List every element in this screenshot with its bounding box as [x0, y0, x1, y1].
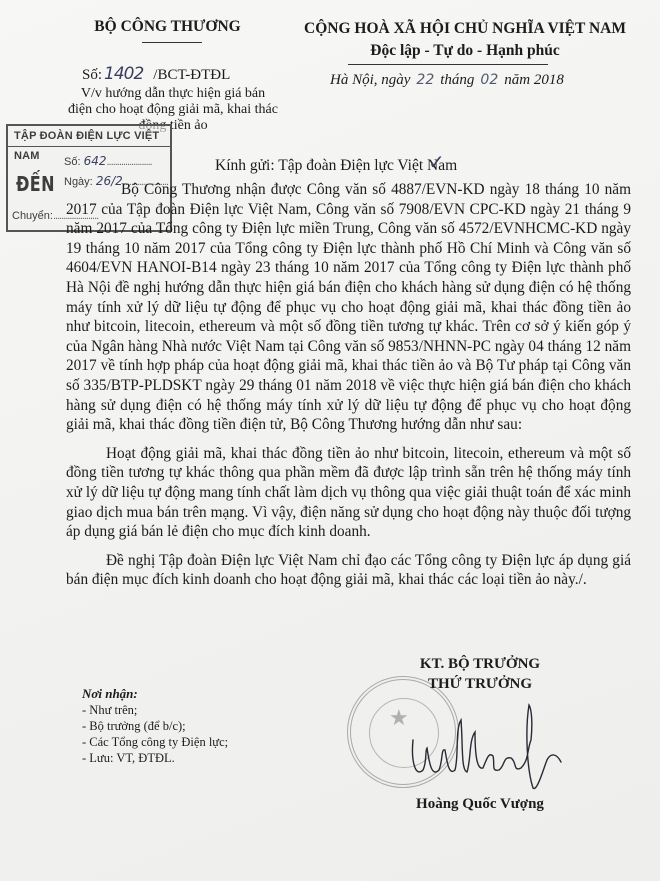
doc-number-handwritten: 1402: [104, 64, 143, 84]
distribution-item: - Các Tổng công ty Điện lực;: [82, 734, 228, 750]
doc-number-label: Số:: [82, 67, 102, 83]
document-date: Hà Nội, ngày22tháng02năm 2018: [330, 72, 564, 89]
distribution-item: - Như trên;: [82, 702, 228, 718]
body-paragraph: Hoạt động giải mã, khai thác đồng tiền ả…: [66, 444, 631, 542]
date-month: 02: [480, 72, 498, 88]
distribution-item: - Lưu: VT, ĐTĐL.: [82, 750, 228, 766]
distribution-list: Nơi nhận: - Như trên; - Bộ trưởng (để b/…: [82, 686, 228, 766]
national-motto: Độc lập - Tự do - Hạnh phúc: [290, 40, 640, 62]
stamp-number-dots: ......................: [106, 156, 151, 168]
document-page: BỘ CÔNG THƯƠNG Số:1402/BCT-ĐTĐL V/v hướn…: [0, 0, 660, 881]
doc-number-suffix: /BCT-ĐTĐL: [153, 67, 230, 83]
nation-name: CỘNG HOÀ XÃ HỘI CHỦ NGHĨA VIỆT NAM: [290, 18, 640, 40]
stamp-forward-label: Chuyển:: [12, 210, 53, 222]
recipient-line: Kính gửi: Tập đoàn Điện lực Việt Nam: [215, 157, 457, 175]
body-paragraph: Bộ Công Thương nhận được Công văn số 488…: [66, 180, 631, 435]
ministry-divider: [142, 42, 202, 43]
document-body: Bộ Công Thương nhận được Công văn số 488…: [66, 180, 631, 590]
signatory-title-line1: KT. BỘ TRƯỞNG: [395, 654, 565, 674]
distribution-title: Nơi nhận:: [82, 686, 228, 702]
national-heading: CỘNG HOÀ XÃ HỘI CHỦ NGHĨA VIỆT NAM Độc l…: [290, 18, 640, 62]
body-paragraph: Đề nghị Tập đoàn Điện lực Việt Nam chỉ đ…: [66, 551, 631, 590]
stamp-number-field: Số: 642......................: [64, 154, 152, 168]
date-month-label: tháng: [440, 72, 474, 88]
recipient-label: Kính gửi:: [215, 157, 275, 174]
check-mark-icon: ✓: [428, 150, 445, 174]
stamp-number-label: Số:: [64, 156, 81, 168]
date-year: năm 2018: [504, 72, 564, 88]
signatory-title: KT. BỘ TRƯỞNG THỨ TRƯỞNG: [395, 654, 565, 694]
ministry-name: BỘ CÔNG THƯƠNG: [75, 18, 260, 36]
stamp-number-value: 642: [84, 154, 107, 168]
distribution-item: - Bộ trưởng (để b/c);: [82, 718, 228, 734]
stamp-organization: TẬP ĐOÀN ĐIỆN LỰC VIỆT NAM: [8, 126, 170, 147]
document-number: Số:1402/BCT-ĐTĐL: [82, 64, 230, 84]
handwritten-signature-icon: [405, 700, 575, 795]
date-prefix: Hà Nội, ngày: [330, 72, 410, 88]
signatory-title-line2: THỨ TRƯỞNG: [395, 674, 565, 694]
signer-name: Hoàng Quốc Vượng: [395, 796, 565, 813]
date-day: 22: [416, 72, 434, 88]
motto-divider: [348, 64, 548, 65]
stamp-received-label: ĐẾN: [16, 172, 55, 196]
